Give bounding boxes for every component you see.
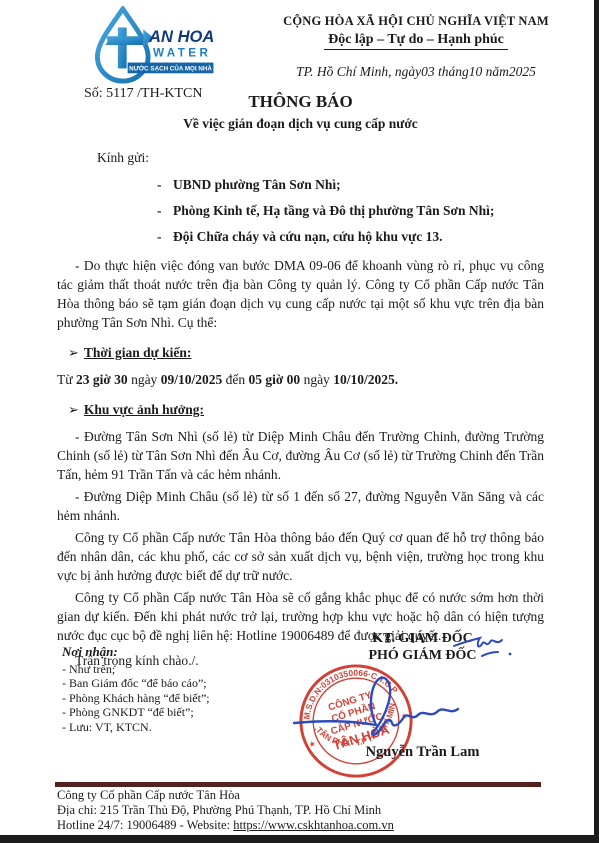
national-header: CỘNG HÒA XÃ HỘI CHỦ NGHĨA VIỆT NAM Độc l…: [248, 14, 584, 80]
website-link[interactable]: https://www.cskhtanhoa.com.vn: [233, 818, 394, 832]
list-item: - Đội Chữa cháy và cứu nạn, cứu hộ khu v…: [157, 227, 544, 246]
list-item: - Ban Giám đốc “để báo cáo”;: [62, 676, 210, 691]
intro-paragraph: - Do thực hiện việc đóng van bước DMA 09…: [57, 256, 544, 332]
footer-address: Địa chỉ: 215 Trần Thủ Độ, Phường Phú Thạ…: [57, 803, 394, 818]
list-item: - Phòng GNKDT “để biết”;: [62, 705, 210, 720]
footer-hotline-line: Hotline 24/7: 19006489 - Website: https:…: [57, 818, 394, 833]
noi-nhan-heading: Nơi nhận:: [62, 645, 210, 660]
arrow-bullet-icon: ➢: [68, 345, 79, 360]
list-item: - UBND phường Tân Sơn Nhì;: [157, 175, 544, 194]
dash-bullet: -: [157, 227, 173, 246]
date-line: TP. Hồ Chí Minh, ngày03 tháng10 năm2025: [248, 64, 584, 80]
footer-separator: [55, 782, 541, 787]
footer-company-name: Công ty Cổ phần Cấp nước Tân Hòa: [57, 788, 394, 803]
affected-area-item: - Đường Tân Sơn Nhì (số lẻ) từ Diệp Minh…: [57, 427, 544, 484]
list-item: - Phòng Khách hàng “để biết”;: [62, 691, 210, 706]
affected-area-item: - Đường Diệp Minh Châu (số lẻ) từ số 1 đ…: [57, 487, 544, 525]
salutation: Kính gửi:: [97, 148, 544, 167]
signature-flourish: [452, 632, 518, 664]
dash-bullet: -: [157, 201, 173, 220]
dash-bullet: -: [157, 175, 173, 194]
scan-edge-bottom: [0, 835, 599, 843]
arrow-bullet-icon: ➢: [68, 402, 79, 417]
national-motto-line2: Độc lập – Tự do – Hạnh phúc: [324, 31, 508, 50]
recipient-text: UBND phường Tân Sơn Nhì;: [173, 175, 341, 194]
svg-text:NƯỚC SẠCH CỦA MỌI NHÀ: NƯỚC SẠCH CỦA MỌI NHÀ: [129, 64, 212, 72]
national-motto-line1: CỘNG HÒA XÃ HỘI CHỦ NGHĨA VIỆT NAM: [248, 14, 584, 29]
recipient-text: Đội Chữa cháy và cứu nạn, cứu hộ khu vực…: [173, 227, 442, 246]
svg-text:WATER: WATER: [153, 47, 211, 60]
recipient-text: Phòng Kinh tế, Hạ tầng và Đô thị phường …: [173, 201, 494, 220]
recipient-list: - UBND phường Tân Sơn Nhì; - Phòng Kinh …: [57, 175, 544, 246]
pen-flourish-icon: [452, 632, 518, 664]
recipients-footer-block: Nơi nhận: - Như trên; - Ban Giám đốc “để…: [62, 645, 210, 734]
area-section-heading: ➢Khu vực ảnh hưởng:: [68, 400, 544, 419]
signer-name: Nguyễn Trần Lam: [300, 744, 545, 761]
svg-text:AN HOA: AN HOA: [148, 27, 214, 46]
footer: Công ty Cổ phần Cấp nước Tân Hòa Địa chỉ…: [57, 788, 394, 833]
water-drop-icon: AN HOA WATER NƯỚC SẠCH CỦA MỌI NHÀ: [88, 6, 216, 84]
closing-paragraph: Công ty Cổ phần Cấp nước Tân Hòa thông b…: [57, 528, 544, 585]
page-title: THÔNG BÁO: [57, 92, 544, 112]
list-item: - Lưu: VT, KTCN.: [62, 720, 210, 735]
list-item: - Như trên;: [62, 662, 210, 677]
company-logo: AN HOA WATER NƯỚC SẠCH CỦA MỌI NHÀ: [88, 6, 216, 84]
document-body: THÔNG BÁO Về việc gián đoạn dịch vụ cung…: [57, 92, 544, 670]
list-item: - Phòng Kinh tế, Hạ tầng và Đô thị phườn…: [157, 201, 544, 220]
time-line: Từ 23 giờ 30 ngày 09/10/2025 đến 05 giờ …: [57, 370, 544, 389]
time-section-heading: ➢Thời gian dự kiến:: [68, 343, 544, 362]
page-subtitle: Về việc gián đoạn dịch vụ cung cấp nước: [57, 114, 544, 133]
scan-edge-right: [594, 0, 599, 843]
